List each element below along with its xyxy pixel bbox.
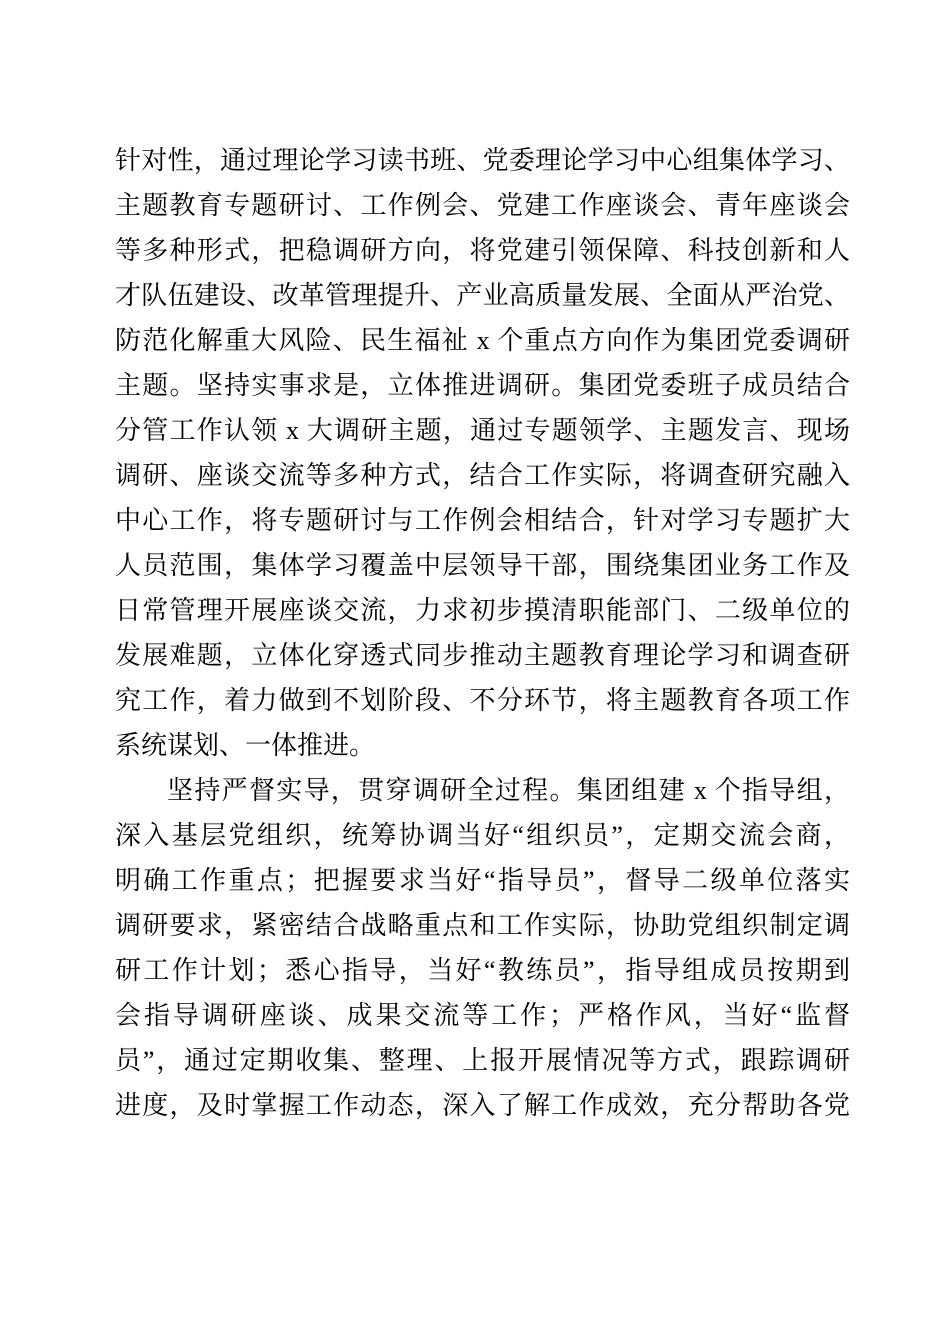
text-line: 中心工作，将专题研讨与工作例会相结合，针对学习专题扩大	[115, 498, 850, 543]
text-line: 调研、座谈交流等多种方式，结合工作实际，将调查研究融入	[115, 453, 850, 498]
text-line: 主题教育专题研讨、工作例会、党建工作座谈会、青年座谈会	[115, 183, 850, 228]
text-line: 主题。坚持实事求是，立体推进调研。集团党委班子成员结合	[115, 363, 850, 408]
text-line: 针对性，通过理论学习读书班、党委理论学习中心组集体学习、	[115, 138, 850, 183]
text-line: 研工作计划；悉心指导，当好“教练员”，指导组成员按期到	[115, 948, 850, 993]
text-line: 调研要求，紧密结合战略重点和工作实际，协助党组织制定调	[115, 903, 850, 948]
paragraph-1: 针对性，通过理论学习读书班、党委理论学习中心组集体学习、 主题教育专题研讨、工作…	[115, 138, 850, 768]
text-line: 坚持严督实导，贯穿调研全过程。集团组建 x 个指导组，	[115, 768, 850, 813]
text-line: 深入基层党组织，统筹协调当好“组织员”，定期交流会商，	[115, 813, 850, 858]
text-line: 发展难题，立体化穿透式同步推动主题教育理论学习和调查研	[115, 633, 850, 678]
text-line: 明确工作重点；把握要求当好“指导员”，督导二级单位落实	[115, 858, 850, 903]
text-line: 系统谋划、一体推进。	[115, 723, 850, 768]
document-page: 针对性，通过理论学习读书班、党委理论学习中心组集体学习、 主题教育专题研讨、工作…	[0, 0, 950, 1344]
text-line: 进度，及时掌握工作动态，深入了解工作成效，充分帮助各党	[115, 1083, 850, 1128]
text-line: 防范化解重大风险、民生福祉 x 个重点方向作为集团党委调研	[115, 318, 850, 363]
text-line: 人员范围，集体学习覆盖中层领导干部，围绕集团业务工作及	[115, 543, 850, 588]
text-line: 会指导调研座谈、成果交流等工作；严格作风，当好“监督	[115, 993, 850, 1038]
text-line: 员”，通过定期收集、整理、上报开展情况等方式，跟踪调研	[115, 1038, 850, 1083]
paragraph-2: 坚持严督实导，贯穿调研全过程。集团组建 x 个指导组， 深入基层党组织，统筹协调…	[115, 768, 850, 1128]
text-line: 日常管理开展座谈交流，力求初步摸清职能部门、二级单位的	[115, 588, 850, 633]
text-line: 究工作，着力做到不划阶段、不分环节，将主题教育各项工作	[115, 678, 850, 723]
text-line: 等多种形式，把稳调研方向，将党建引领保障、科技创新和人	[115, 228, 850, 273]
text-line: 分管工作认领 x 大调研主题，通过专题领学、主题发言、现场	[115, 408, 850, 453]
text-line: 才队伍建设、改革管理提升、产业高质量发展、全面从严治党、	[115, 273, 850, 318]
